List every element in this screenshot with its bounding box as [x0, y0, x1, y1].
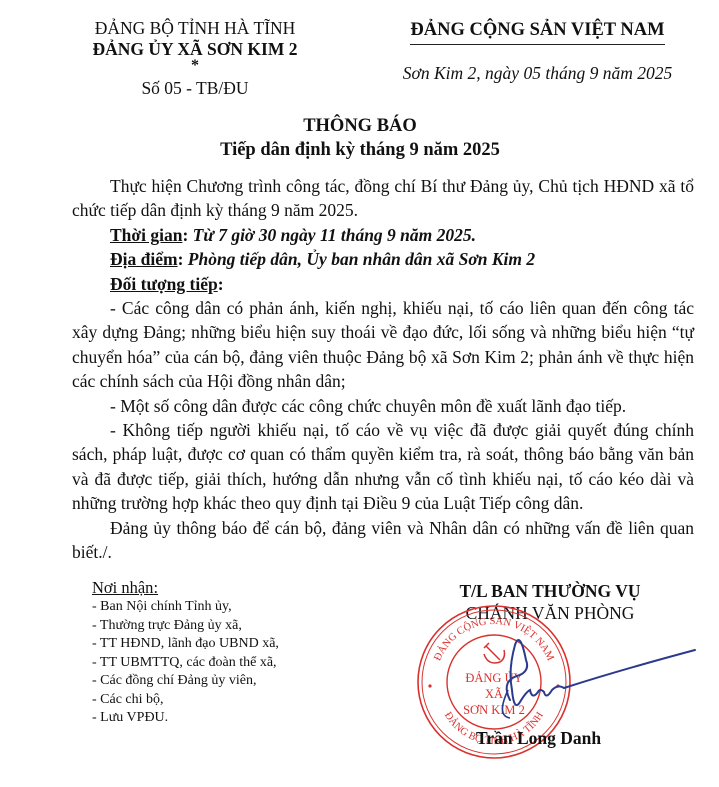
recipient-item: - Các đồng chí Đảng ủy viên,: [92, 672, 352, 691]
recipient-item: - TT HĐND, lãnh đạo UBND xã,: [92, 635, 352, 654]
recipient-item: - Lưu VPĐU.: [92, 709, 352, 728]
document-title: THÔNG BÁO Tiếp dân định kỳ tháng 9 năm 2…: [100, 114, 620, 162]
time-value: Từ 7 giờ 30 ngày 11 tháng 9 năm 2025.: [193, 225, 476, 245]
place-value: Phòng tiếp dân, Ủy ban nhân dân xã Sơn K…: [188, 249, 535, 269]
target-label: Đối tượng tiếp: [110, 274, 218, 294]
handwritten-signature-icon: [500, 620, 700, 730]
recipient-item: - Ban Nội chính Tỉnh ủy,: [92, 598, 352, 617]
place-line: Địa điểm: Phòng tiếp dân, Ủy ban nhân dâ…: [72, 247, 694, 271]
target-item: - Các công dân có phản ánh, kiến nghị, k…: [72, 296, 694, 394]
signer-authority: T/L BAN THƯỜNG VỤ: [420, 580, 680, 602]
title-main: THÔNG BÁO: [100, 114, 620, 138]
recipient-item: - Thường trực Đảng ủy xã,: [92, 617, 352, 636]
time-line: Thời gian: Từ 7 giờ 30 ngày 11 tháng 9 n…: [72, 223, 694, 247]
title-sub: Tiếp dân định kỳ tháng 9 năm 2025: [100, 138, 620, 162]
document-body: Thực hiện Chương trình công tác, đồng ch…: [72, 174, 694, 565]
party-name: ĐẢNG CỘNG SẢN VIỆT NAM: [410, 18, 664, 45]
issuing-authority: ĐẢNG BỘ TỈNH HÀ TĨNH ĐẢNG ỦY XÃ SƠN KIM …: [60, 18, 330, 99]
provincial-party-committee: ĐẢNG BỘ TỈNH HÀ TĨNH: [60, 18, 330, 39]
recipient-item: - TT UBMTTQ, các đoàn thể xã,: [92, 654, 352, 673]
target-line: Đối tượng tiếp:: [72, 272, 694, 296]
separator-star: *: [60, 60, 330, 72]
national-header: ĐẢNG CỘNG SẢN VIỆT NAM Sơn Kim 2, ngày 0…: [380, 18, 695, 85]
document-date: Sơn Kim 2, ngày 05 tháng 9 năm 2025: [380, 61, 695, 85]
intro-paragraph: Thực hiện Chương trình công tác, đồng ch…: [72, 174, 694, 223]
place-label: Địa điểm: [110, 249, 178, 269]
recipients-block: Nơi nhận: - Ban Nội chính Tỉnh ủy, - Thư…: [92, 578, 352, 728]
recipients-heading: Nơi nhận:: [92, 578, 352, 598]
closing-paragraph: Đảng ủy thông báo để cán bộ, đảng viên v…: [72, 516, 694, 565]
target-item: - Không tiếp người khiếu nại, tố cáo về …: [72, 418, 694, 516]
recipient-item: - Các chi bộ,: [92, 691, 352, 710]
signer-name: Trần Long Danh: [476, 728, 601, 749]
time-label: Thời gian: [110, 225, 182, 245]
document-number: Số 05 - TB/ĐU: [60, 78, 330, 99]
target-item: - Một số công dân được các công chức chu…: [72, 394, 694, 418]
